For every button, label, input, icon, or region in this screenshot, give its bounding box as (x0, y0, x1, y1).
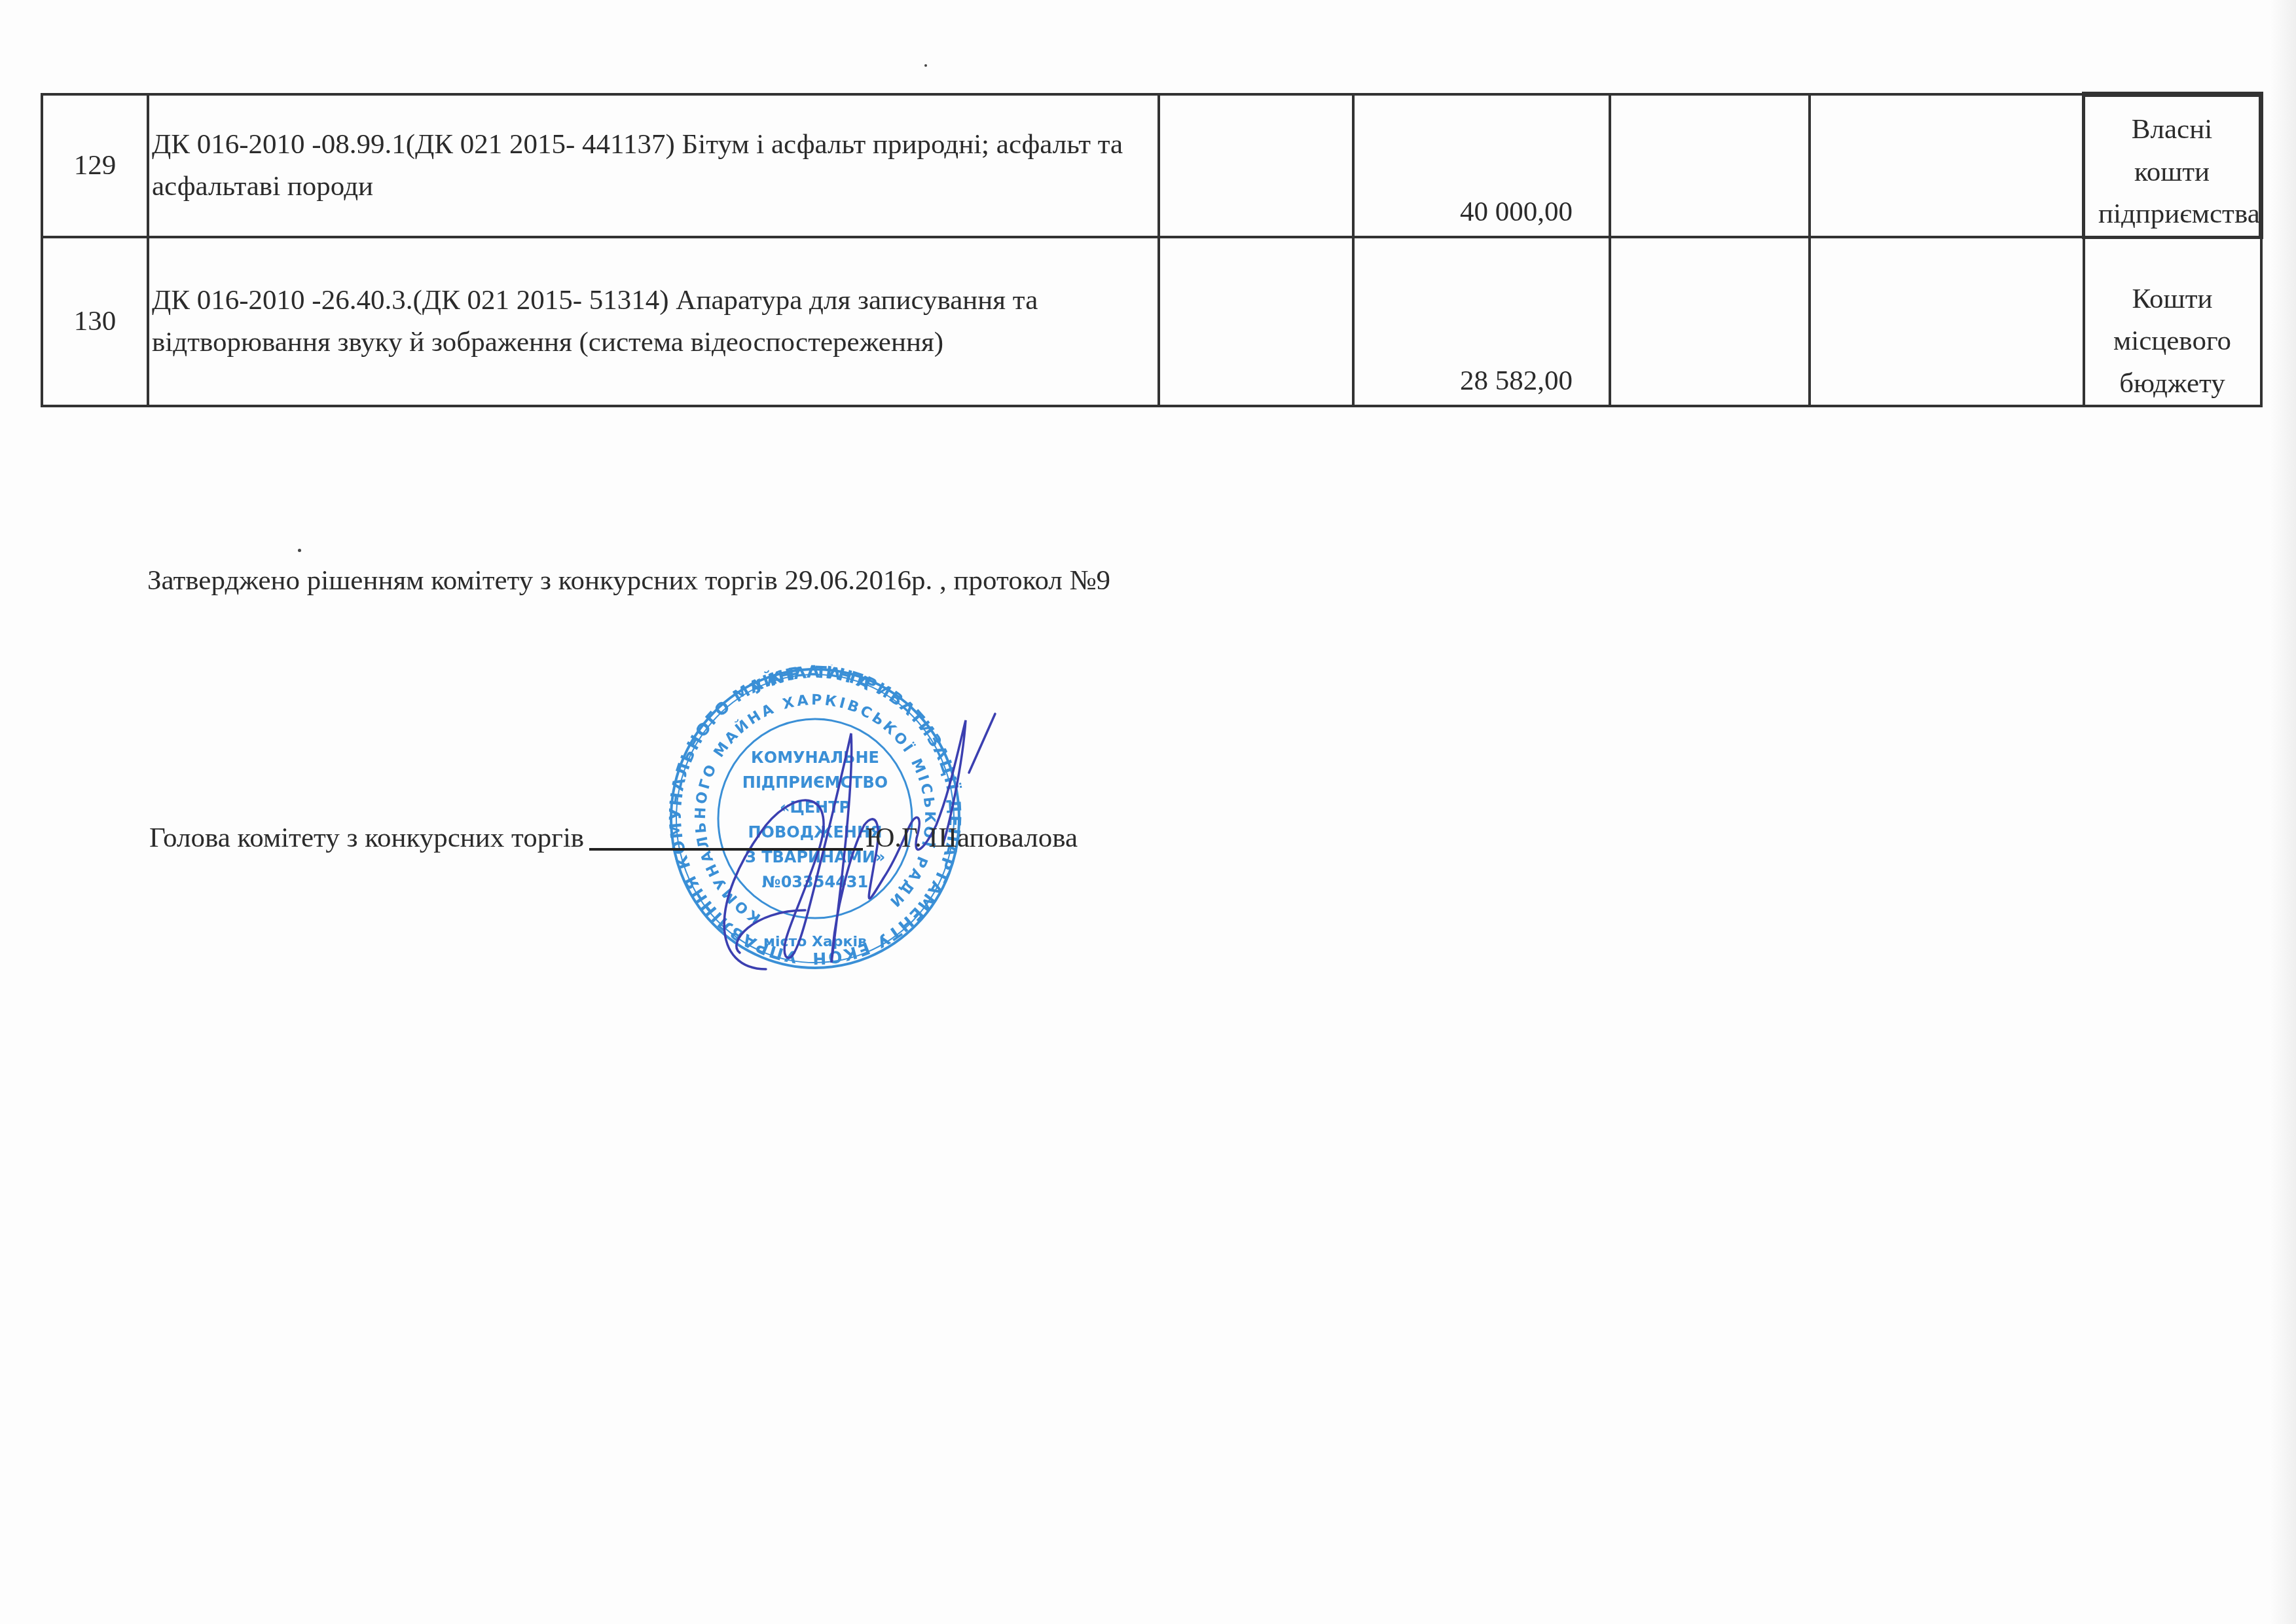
funding-source: Кошти місцевого бюджету (2084, 237, 2261, 406)
empty-cell (1159, 94, 1353, 237)
scan-speck (298, 549, 301, 552)
signoff-title: Голова комітету з конкурсних торгів (149, 822, 584, 854)
amount: 28 582,00 (1353, 237, 1610, 406)
empty-cell (1810, 94, 2084, 237)
empty-cell (1610, 94, 1810, 237)
empty-cell (1810, 237, 2084, 406)
funding-source-text: Власні кошти підприємства (2098, 97, 2246, 236)
empty-cell (1159, 237, 1353, 406)
empty-cell (1610, 237, 1810, 406)
approval-note: Затверджено рішенням комітету з конкурсн… (147, 564, 1110, 597)
scan-page-edge (2270, 0, 2296, 1624)
funding-source-text: Кошти місцевого бюджету (2098, 239, 2247, 405)
amount: 40 000,00 (1353, 94, 1610, 237)
table-row: 129 ДК 016-2010 -08.99.1(ДК 021 2015- 44… (42, 94, 2261, 237)
item-description: ДК 016-2010 -26.40.3.(ДК 021 2015- 51314… (148, 237, 1159, 406)
funding-source: Власні кошти підприємства (2084, 94, 2261, 237)
signoff-name: Ю.Г. Шаповалова (866, 822, 1078, 854)
signature-line (589, 848, 863, 851)
signoff-line: Голова комітету з конкурсних торгів Ю.Г.… (149, 822, 1078, 854)
table-row: 130 ДК 016-2010 -26.40.3.(ДК 021 2015- 5… (42, 237, 2261, 406)
procurement-table: 129 ДК 016-2010 -08.99.1(ДК 021 2015- 44… (41, 92, 2263, 407)
row-number: 130 (42, 237, 148, 406)
item-description: ДК 016-2010 -08.99.1(ДК 021 2015- 441137… (148, 94, 1159, 237)
scan-speck (924, 64, 927, 67)
row-number: 129 (42, 94, 148, 237)
